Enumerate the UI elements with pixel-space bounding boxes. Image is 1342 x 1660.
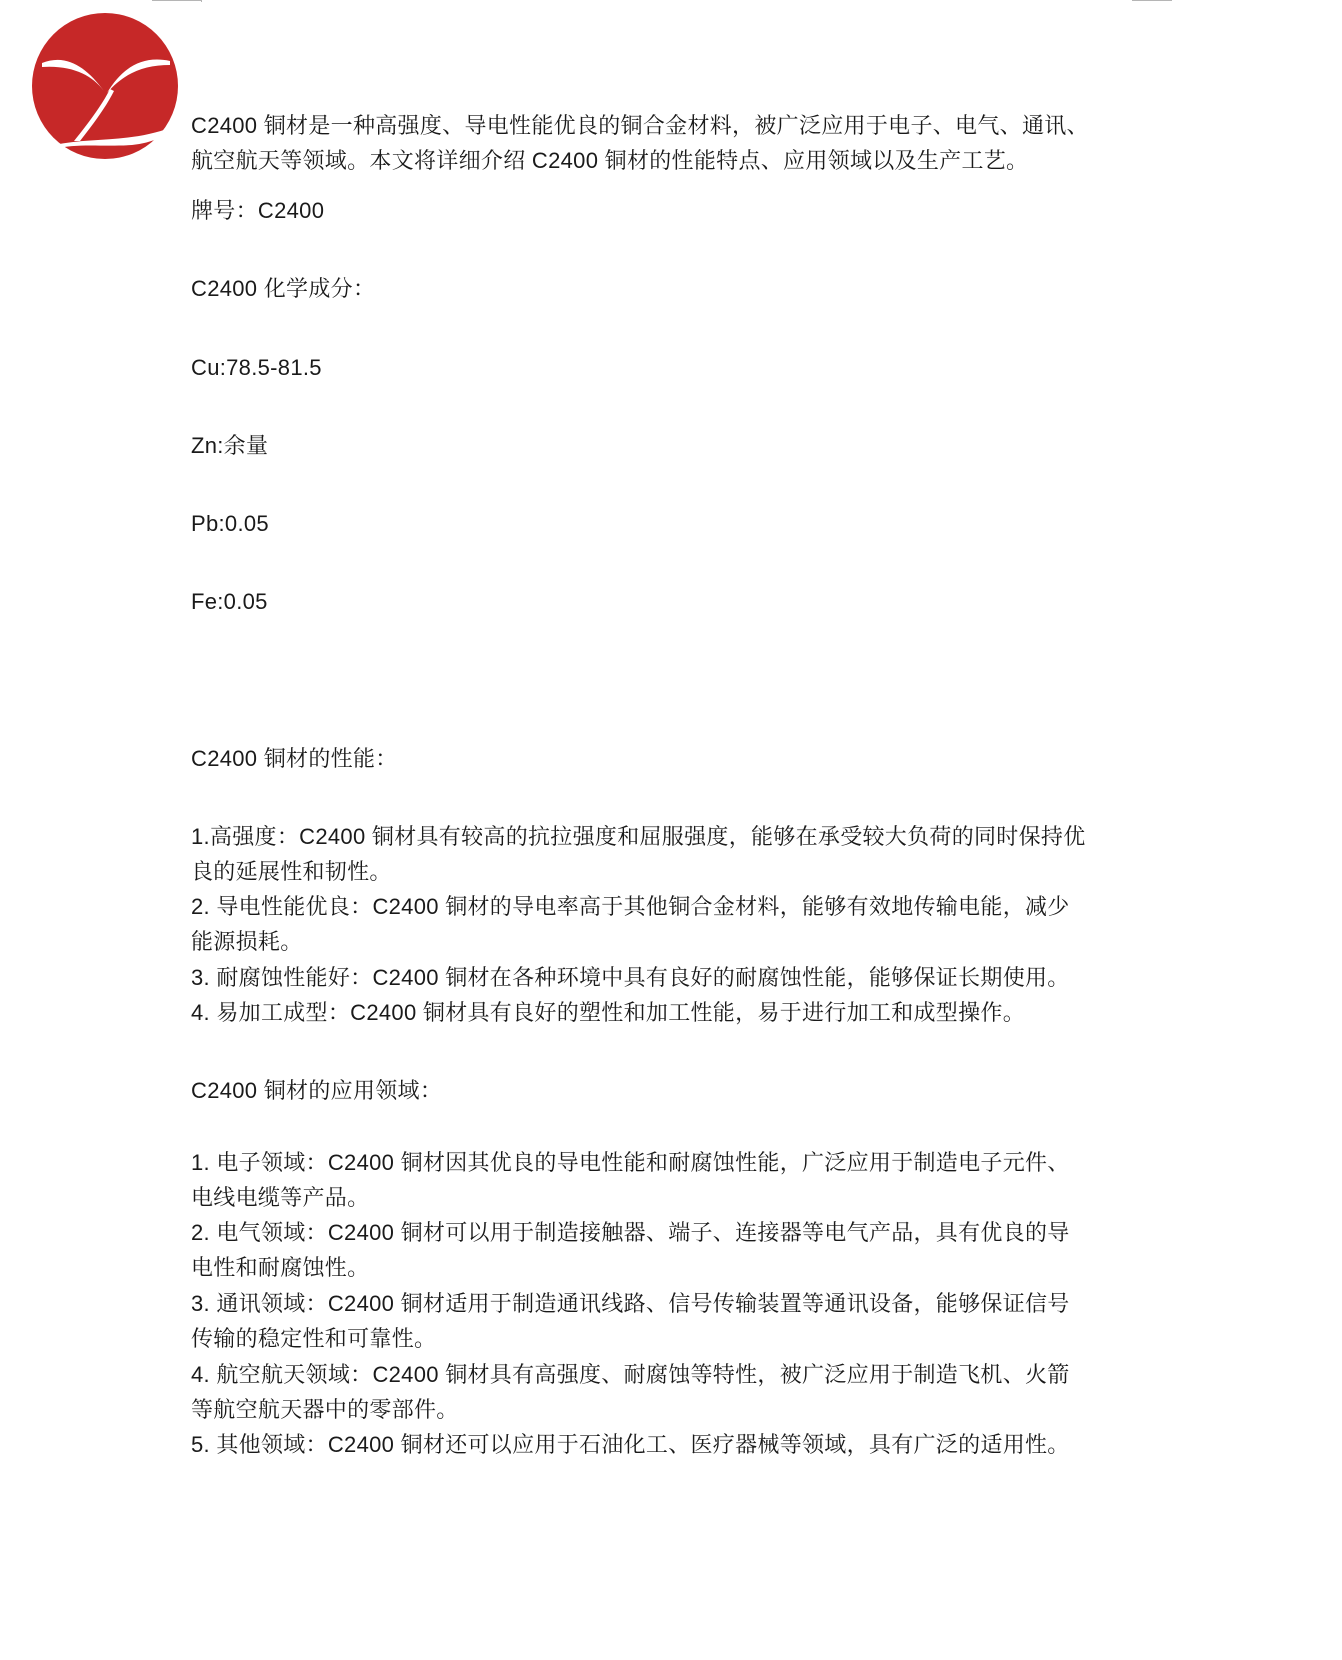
properties-line: 4. 易加工成型：C2400 铜材具有良好的塑性和加工性能，易于进行加工和成型操…: [191, 995, 1025, 1030]
composition-item-fe: Fe:0.05: [191, 584, 268, 619]
intro-line-2: 航空航天等领域。本文将详细介绍 C2400 铜材的性能特点、应用领域以及生产工艺…: [191, 143, 1028, 178]
composition-item-cu: Cu:78.5-81.5: [191, 350, 322, 385]
properties-line: 2. 导电性能优良：C2400 铜材的导电率高于其他铜合金材料，能够有效地传输电…: [191, 889, 1070, 924]
applications-line: 5. 其他领域：C2400 铜材还可以应用于石油化工、医疗器械等领域，具有广泛的…: [191, 1427, 1070, 1462]
applications-line: 3. 通讯领域：C2400 铜材适用于制造通讯线路、信号传输装置等通讯设备，能够…: [191, 1286, 1070, 1321]
intro-line-1: C2400 铜材是一种高强度、导电性能优良的铜合金材料，被广泛应用于电子、电气、…: [191, 108, 1089, 143]
composition-heading: C2400 化学成分：: [191, 271, 375, 306]
properties-line: 1.高强度：C2400 铜材具有较高的抗拉强度和屈服强度，能够在承受较大负荷的同…: [191, 819, 1086, 854]
applications-line: 1. 电子领域：C2400 铜材因其优良的导电性能和耐腐蚀性能，广泛应用于制造电…: [191, 1145, 1070, 1180]
properties-heading: C2400 铜材的性能：: [191, 741, 398, 776]
applications-line: 电线电缆等产品。: [191, 1180, 369, 1215]
properties-line: 3. 耐腐蚀性能好：C2400 铜材在各种环境中具有良好的耐腐蚀性能，能够保证长…: [191, 960, 1070, 995]
applications-line: 电性和耐腐蚀性。: [191, 1250, 369, 1285]
applications-line: 2. 电气领域：C2400 铜材可以用于制造接触器、端子、连接器等电气产品，具有…: [191, 1215, 1070, 1250]
grade-text: 牌号：C2400: [191, 193, 324, 228]
properties-line: 良的延展性和韧性。: [191, 854, 392, 889]
properties-line: 能源损耗。: [191, 924, 303, 959]
logo-icon: [32, 13, 178, 159]
composition-item-pb: Pb:0.05: [191, 506, 269, 541]
applications-line: 4. 航空航天领域：C2400 铜材具有高强度、耐腐蚀等特性，被广泛应用于制造飞…: [191, 1357, 1070, 1392]
page-corner-mark-left: [152, 0, 202, 1]
page-corner-mark-right: [1132, 0, 1172, 1]
composition-item-zn: Zn:余量: [191, 428, 268, 463]
applications-heading: C2400 铜材的应用领域：: [191, 1073, 442, 1108]
applications-line: 传输的稳定性和可靠性。: [191, 1321, 436, 1356]
applications-line: 等航空航天器中的零部件。: [191, 1392, 459, 1427]
